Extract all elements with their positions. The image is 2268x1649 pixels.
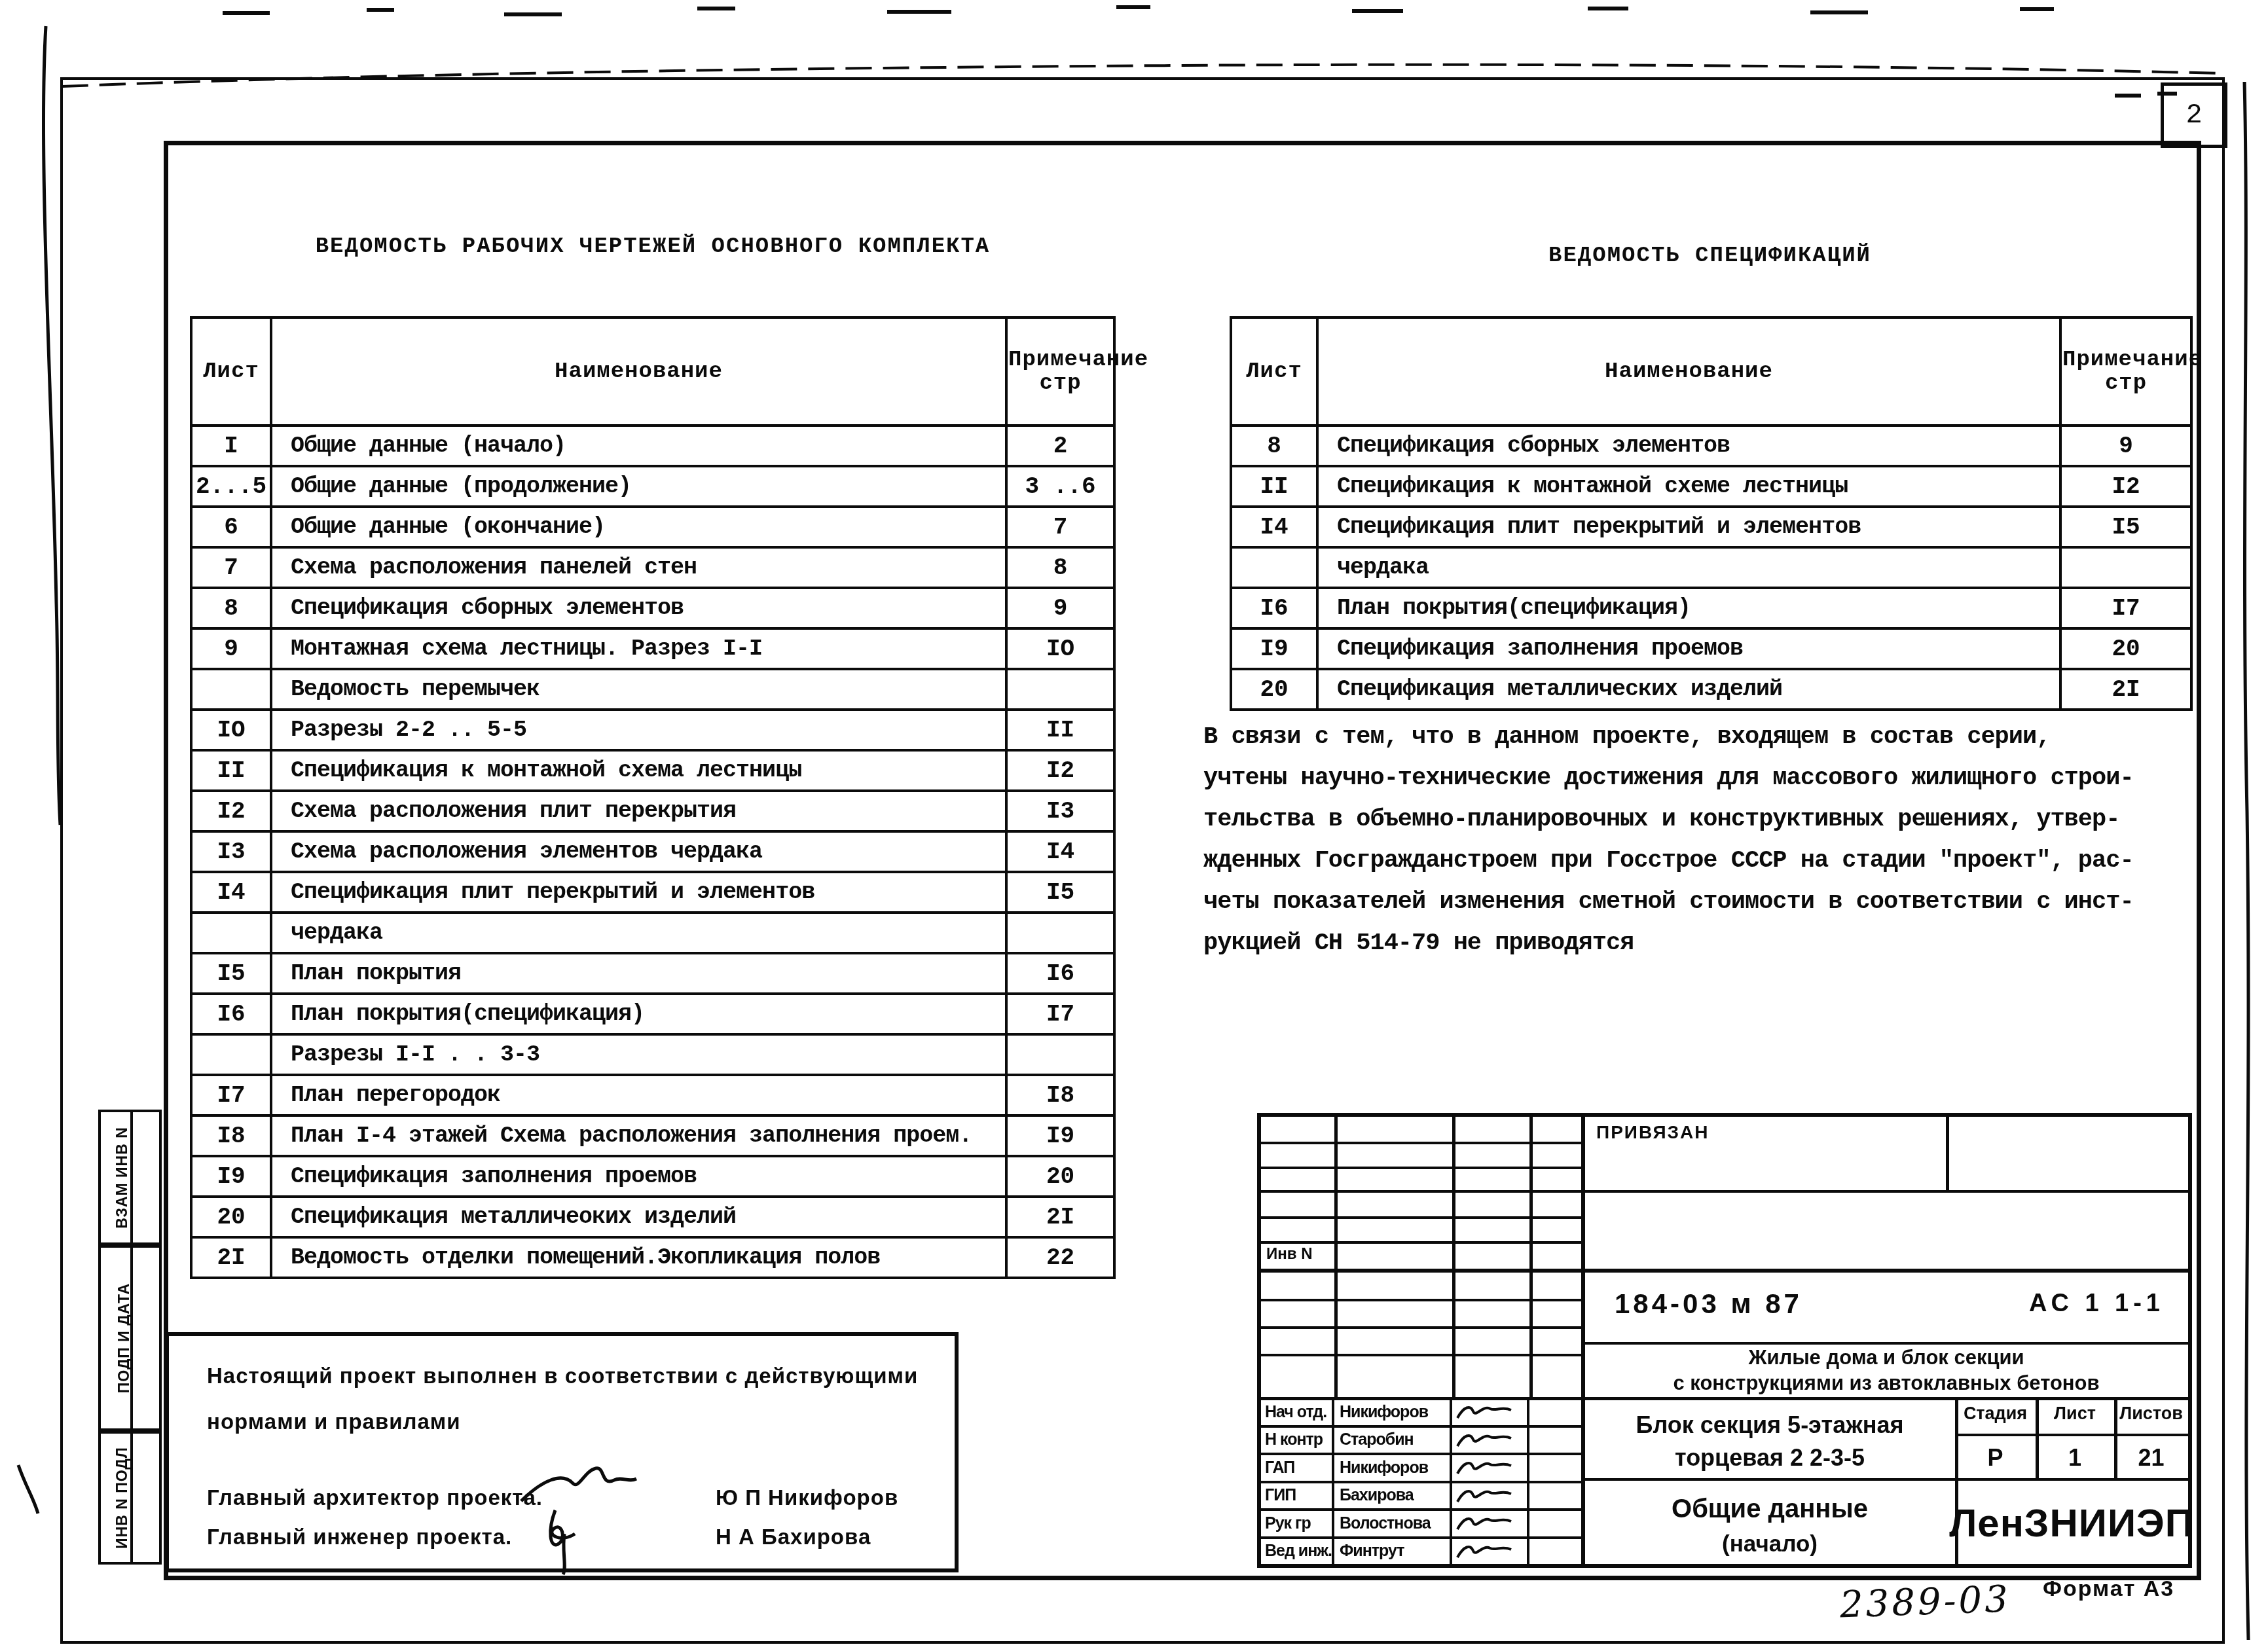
- signature-scribble: [1452, 1481, 1529, 1509]
- signature-scribble: [536, 1505, 627, 1577]
- page-number-box: 2: [2161, 82, 2227, 148]
- cell-sheet: I6: [1231, 588, 1317, 628]
- signer-name: Волостнова: [1334, 1508, 1452, 1536]
- cell-name: Общие данные (окончание): [271, 507, 1006, 547]
- cell-sheet: I5: [191, 953, 271, 994]
- cell-name: чердака: [271, 913, 1006, 953]
- scanned-drawing-sheet: { "page": { "number": "2", "hand_number"…: [0, 0, 2268, 1649]
- stamp-line: [1261, 1167, 1581, 1169]
- cell-note: I4: [1006, 831, 1114, 872]
- signer-date-cell: [1529, 1453, 1581, 1481]
- sidebar-box-podp-data: ПОДП И ДАТА: [98, 1245, 162, 1431]
- engineer-label: Главный инженер проекта.: [207, 1525, 512, 1549]
- cell-sheet: [191, 913, 271, 953]
- cell-sheet: I9: [1231, 628, 1317, 669]
- cell-note: I2: [2060, 466, 2191, 507]
- cell-note: 22: [1006, 1237, 1114, 1278]
- signer-date-cell: [1529, 1481, 1581, 1509]
- cell-name: Схема расположения панелей стен: [271, 547, 1006, 588]
- format-label: Формат А3: [2043, 1576, 2174, 1602]
- stage-value: Р: [1955, 1444, 2036, 1472]
- signature-scribble: [1452, 1425, 1529, 1453]
- cell-name: Спецификация плит перекрытий и элементов: [1317, 507, 2060, 547]
- table-row: I4 Спецификация плит перекрытий и элемен…: [1231, 507, 2191, 547]
- table-row: Ведомость перемычек: [191, 669, 1114, 710]
- cell-sheet: [1231, 547, 1317, 588]
- engineer-name: Н А Бахирова: [716, 1525, 871, 1549]
- sheets-value: 21: [2114, 1444, 2188, 1472]
- signer-name: Никифоров: [1334, 1397, 1452, 1425]
- cell-sheet: 20: [191, 1197, 271, 1237]
- col-header-note: Примечание стр: [2060, 317, 2191, 426]
- col-header-sheet: Лист: [1231, 317, 1317, 426]
- cell-note: 9: [1006, 588, 1114, 628]
- cell-note: 8: [1006, 547, 1114, 588]
- cell-note: II: [1006, 710, 1114, 750]
- signer-name: Бахирова: [1334, 1481, 1452, 1509]
- col-header-note: Примечание стр: [1006, 317, 1114, 426]
- cell-name: План I-4 этажей Схема расположения запол…: [271, 1115, 1006, 1156]
- signer-name: Старобин: [1334, 1425, 1452, 1453]
- cell-name: План покрытия(спецификация): [1317, 588, 2060, 628]
- signer-role: ГИП: [1261, 1481, 1334, 1509]
- table-row: I2 Схема расположения плит перекрытия I3: [191, 791, 1114, 831]
- cell-sheet: 2I: [191, 1237, 271, 1278]
- sheets-header: Листов: [2114, 1404, 2188, 1424]
- cell-note: 20: [2060, 628, 2191, 669]
- signature-scribble: [1452, 1453, 1529, 1481]
- stamp-line: [1261, 1354, 1581, 1356]
- title-block: ПРИВЯЗАН Инв N 184-03 м 87 АС 1 1-1 Жилы…: [1257, 1113, 2192, 1568]
- cell-sheet: II: [191, 750, 271, 791]
- cell-note: I5: [2060, 507, 2191, 547]
- cell-sheet: I3: [191, 831, 271, 872]
- note-paragraph: В связи с тем, что в данном проекте, вхо…: [1203, 717, 2192, 964]
- cell-sheet: I7: [191, 1075, 271, 1115]
- cell-sheet: 8: [1231, 426, 1317, 466]
- signer-grid: Нач отд.НикифоровН контрСтаробинГАПНикиф…: [1261, 1397, 1581, 1564]
- table-row: 2...5 Общие данные (продолжение) 3 ..6: [191, 466, 1114, 507]
- cell-name: Спецификация металличеоких изделий: [271, 1197, 1006, 1237]
- table-row: I5 План покрытия I6: [191, 953, 1114, 994]
- signer-date-cell: [1529, 1536, 1581, 1565]
- page-number: 2: [2186, 100, 2202, 131]
- cell-note: 2I: [1006, 1197, 1114, 1237]
- inv-number-label: Инв N: [1266, 1245, 1313, 1263]
- table-row: I9 Спецификация заполнения проемов 20: [1231, 628, 2191, 669]
- cell-name: Спецификация сборных элементов: [271, 588, 1006, 628]
- table-header-row: Лист Наименование Примечание стр: [191, 317, 1114, 426]
- table-row: II Спецификация к монтажной схема лестни…: [191, 750, 1114, 791]
- table-row: 8 Спецификация сборных элементов 9: [1231, 426, 2191, 466]
- stamp-line: [1261, 1299, 1581, 1301]
- signer-name: Финтрут: [1334, 1536, 1452, 1565]
- attached-label: ПРИВЯЗАН: [1596, 1122, 1710, 1143]
- cell-note: 9: [2060, 426, 2191, 466]
- cell-sheet: 8: [191, 588, 271, 628]
- cell-note: I2: [1006, 750, 1114, 791]
- cell-note: 3 ..6: [1006, 466, 1114, 507]
- paragraph-line: рукцией СН 514-79 не приводятся: [1203, 923, 2192, 964]
- cell-sheet: I9: [191, 1156, 271, 1197]
- architect-name: Ю П Никифоров: [716, 1485, 898, 1510]
- signature-scribble: [1452, 1397, 1529, 1425]
- col-header-name: Наименование: [271, 317, 1006, 426]
- table-row: 6 Общие данные (окончание) 7: [191, 507, 1114, 547]
- stamp-line: [1261, 1216, 1581, 1219]
- table-row: Разрезы I-I . . 3-3: [191, 1034, 1114, 1075]
- table-header-row: Лист Наименование Примечание стр: [1231, 317, 2191, 426]
- cell-sheet: [191, 1034, 271, 1075]
- cell-sheet: [191, 669, 271, 710]
- cell-note: I7: [1006, 994, 1114, 1034]
- cell-note: [1006, 1034, 1114, 1075]
- paragraph-line: тельства в объемно-планировочных и конст…: [1203, 799, 2192, 841]
- note-line-1: Настоящий проект выполнен в соответствии…: [207, 1364, 918, 1388]
- cell-sheet: I2: [191, 791, 271, 831]
- table-row: I6 План покрытия(спецификация) I7: [191, 994, 1114, 1034]
- cell-name: Ведомость отделки помещений.Экопликация …: [271, 1237, 1006, 1278]
- table-row: 20 Спецификация металлических изделий 2I: [1231, 669, 2191, 710]
- signer-role: Вед инж.: [1261, 1536, 1334, 1565]
- cell-sheet: I4: [1231, 507, 1317, 547]
- cell-name: Спецификация металлических изделий: [1317, 669, 2060, 710]
- stage-header: Стадия: [1955, 1404, 2036, 1424]
- cell-sheet: 20: [1231, 669, 1317, 710]
- cell-name: Схема расположения элементов чердака: [271, 831, 1006, 872]
- col-header-name: Наименование: [1317, 317, 2060, 426]
- cell-sheet: I: [191, 426, 271, 466]
- table-row: I9 Спецификация заполнения проемов 20: [191, 1156, 1114, 1197]
- signer-role: Н контр: [1261, 1425, 1334, 1453]
- sheet-header: Лист: [2036, 1404, 2114, 1424]
- signer-date-cell: [1529, 1508, 1581, 1536]
- table-row: I3 Схема расположения элементов чердака …: [191, 831, 1114, 872]
- cell-name: Разрезы 2-2 .. 5-5: [271, 710, 1006, 750]
- signature-scribble: [1452, 1508, 1529, 1536]
- signer-role: Рук гр: [1261, 1508, 1334, 1536]
- cell-note: [2060, 547, 2191, 588]
- cell-note: I6: [1006, 953, 1114, 994]
- sidebar-label: ИНВ N ПОДЛ: [113, 1447, 131, 1549]
- table-row: чердака: [191, 913, 1114, 953]
- cell-name: Спецификация плит перекрытий и элементов: [271, 872, 1006, 913]
- cell-note: 2I: [2060, 669, 2191, 710]
- cell-note: 20: [1006, 1156, 1114, 1197]
- set-code: АС 1 1-1: [2029, 1290, 2165, 1318]
- cell-name: Разрезы I-I . . 3-3: [271, 1034, 1006, 1075]
- table-row: 8 Спецификация сборных элементов 9: [191, 588, 1114, 628]
- right-table-title: ВЕДОМОСТЬ СПЕЦИФИКАЦИЙ: [1230, 244, 2190, 268]
- stamp-line: [1946, 1117, 1949, 1190]
- sidebar-box-inv-podl: ИНВ N ПОДЛ: [98, 1431, 162, 1565]
- stamp-line: [1261, 1190, 2188, 1193]
- cell-name: Ведомость перемычек: [271, 669, 1006, 710]
- sidebar-box-vzam-inv: ВЗАМ ИНВ N: [98, 1110, 162, 1245]
- cell-note: 2: [1006, 426, 1114, 466]
- cell-note: I9: [1006, 1115, 1114, 1156]
- project-code: 184-03 м 87: [1615, 1288, 1802, 1320]
- table-row: IO Разрезы 2-2 .. 5-5 II: [191, 710, 1114, 750]
- cell-note: [1006, 913, 1114, 953]
- specifications-table: Лист Наименование Примечание стр 8 Специ…: [1230, 316, 2193, 711]
- cell-sheet: II: [1231, 466, 1317, 507]
- table-row: I8 План I-4 этажей Схема расположения за…: [191, 1115, 1114, 1156]
- signer-date-cell: [1529, 1397, 1581, 1425]
- stamp-line: [1261, 1142, 1581, 1144]
- table-row: II Спецификация к монтажной схеме лестни…: [1231, 466, 2191, 507]
- col-header-sheet: Лист: [191, 317, 271, 426]
- table-row: I4 Спецификация плит перекрытий и элемен…: [191, 872, 1114, 913]
- organization-name: ЛенЗНИИЭП: [1955, 1482, 2188, 1564]
- cell-name: Схема расположения плит перекрытия: [271, 791, 1006, 831]
- table-row: I7 План перегородок I8: [191, 1075, 1114, 1115]
- working-drawings-table: Лист Наименование Примечание стр I Общие…: [190, 316, 1116, 1279]
- cell-sheet: 6: [191, 507, 271, 547]
- stamp-line: [1261, 1326, 1581, 1329]
- cell-name: План покрытия: [271, 953, 1006, 994]
- cell-name: Спецификация к монтажной схеме лестницы: [1317, 466, 2060, 507]
- cell-name: План покрытия(спецификация): [271, 994, 1006, 1034]
- cell-name: Спецификация заполнения проемов: [271, 1156, 1006, 1197]
- cell-sheet: I8: [191, 1115, 271, 1156]
- table-row: 20 Спецификация металличеоких изделий 2I: [191, 1197, 1114, 1237]
- cell-sheet: I6: [191, 994, 271, 1034]
- cell-name: Спецификация сборных элементов: [1317, 426, 2060, 466]
- architect-label: Главный архитектор проекта.: [207, 1485, 543, 1510]
- cell-note: [1006, 669, 1114, 710]
- hand-archive-number: 2389-03: [1839, 1578, 2011, 1626]
- cell-name: Общие данные (продолжение): [271, 466, 1006, 507]
- table-row: 7 Схема расположения панелей стен 8: [191, 547, 1114, 588]
- cell-note: I3: [1006, 791, 1114, 831]
- table-row: I6 План покрытия(спецификация) I7: [1231, 588, 2191, 628]
- sidebar-label: ВЗАМ ИНВ N: [113, 1127, 131, 1229]
- table-row: 9 Монтажная схема лестницы. Разрез I-I I…: [191, 628, 1114, 669]
- cell-note: I8: [1006, 1075, 1114, 1115]
- signer-date-cell: [1529, 1425, 1581, 1453]
- stamp-line: [1584, 1478, 2188, 1481]
- stamp-line: [1261, 1269, 2188, 1273]
- cell-name: Спецификация заполнения проемов: [1317, 628, 2060, 669]
- cell-sheet: 2...5: [191, 466, 271, 507]
- table-row: I Общие данные (начало) 2: [191, 426, 1114, 466]
- cell-note: 7: [1006, 507, 1114, 547]
- cell-sheet: 7: [191, 547, 271, 588]
- paragraph-line: четы показателей изменения сметной стоим…: [1203, 882, 2192, 923]
- object-title: Блок секция 5-этажная торцевая 2 2-3-5: [1584, 1409, 1955, 1474]
- cell-name: Спецификация к монтажной схема лестницы: [271, 750, 1006, 791]
- note-line-2: нормами и правилами: [207, 1409, 461, 1434]
- cell-name: Монтажная схема лестницы. Разрез I-I: [271, 628, 1006, 669]
- left-table-title: ВЕДОМОСТЬ РАБОЧИХ ЧЕРТЕЖЕЙ ОСНОВНОГО КОМ…: [191, 234, 1114, 259]
- cell-sheet: I4: [191, 872, 271, 913]
- paragraph-line: В связи с тем, что в данном проекте, вхо…: [1203, 717, 2192, 758]
- cell-name: чердака: [1317, 547, 2060, 588]
- series-title: Жилые дома и блок секции с конструкциями…: [1584, 1345, 2188, 1396]
- compliance-note-box: Настоящий проект выполнен в соответствии…: [165, 1332, 959, 1572]
- stamp-line: [1955, 1434, 2188, 1436]
- signer-name: Никифоров: [1334, 1453, 1452, 1481]
- cell-name: Общие данные (начало): [271, 426, 1006, 466]
- signer-role: Нач отд.: [1261, 1397, 1334, 1425]
- cell-note: I5: [1006, 872, 1114, 913]
- cell-name: План перегородок: [271, 1075, 1006, 1115]
- paragraph-line: жденных Госгражданстроем при Госстрое СС…: [1203, 841, 2192, 882]
- cell-note: IO: [1006, 628, 1114, 669]
- signature-scribble: [1452, 1536, 1529, 1565]
- sheet-value: 1: [2036, 1444, 2114, 1472]
- table-row: 2I Ведомость отделки помещений.Экопликац…: [191, 1237, 1114, 1278]
- stamp-line: [1261, 1241, 1581, 1244]
- signer-role: ГАП: [1261, 1453, 1334, 1481]
- cell-note: I7: [2060, 588, 2191, 628]
- cell-sheet: IO: [191, 710, 271, 750]
- table-row: чердака: [1231, 547, 2191, 588]
- cell-sheet: 9: [191, 628, 271, 669]
- sidebar-label: ПОДП И ДАТА: [115, 1283, 133, 1393]
- sheet-subject: Общие данные (начало): [1584, 1491, 1955, 1562]
- paragraph-line: учтены научно-технические достижения для…: [1203, 758, 2192, 799]
